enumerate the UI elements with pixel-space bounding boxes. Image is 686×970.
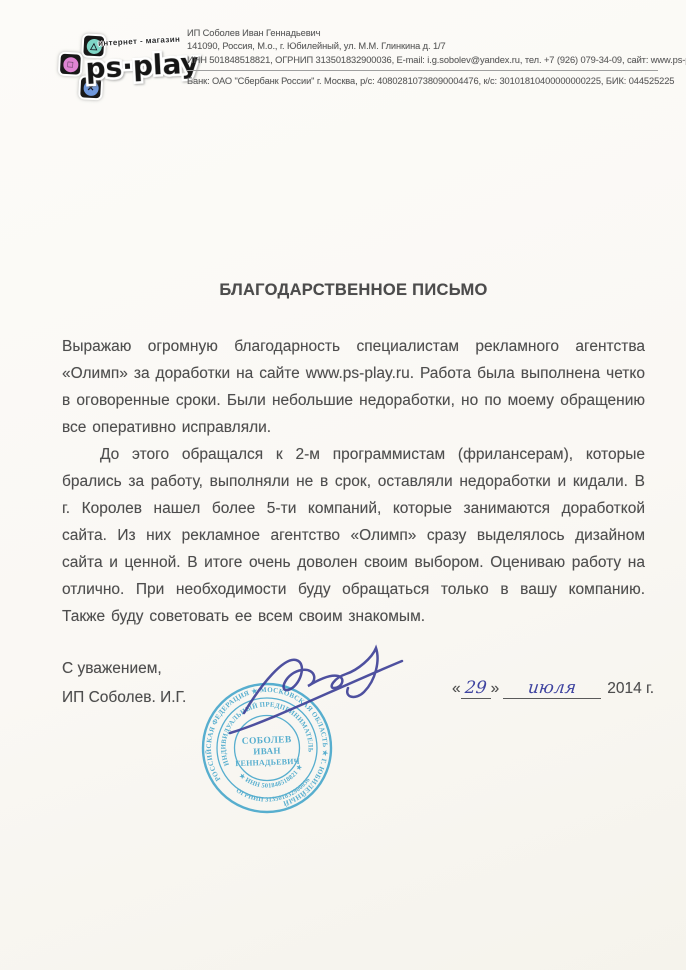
signer-name: ИП Соболев. И.Г. (62, 684, 186, 713)
handwritten-signature (226, 641, 406, 741)
brand-text: ps·play (85, 46, 200, 85)
letter-paragraph-2: До этого обращался к 2-м программистам (… (62, 441, 645, 630)
stamp-name-line3: ГЕННАДЬЕВИЧ (235, 757, 300, 768)
date-month-handwritten: июля (527, 678, 577, 698)
date-block: «29»июля2014 г. (452, 678, 654, 699)
company-name: ИП Соболев Иван Геннадьевич (187, 27, 665, 40)
stamp-name-line2: ИВАН (253, 746, 281, 757)
ps-play-logo: △ □ ✕ ps·play интернет - магазин (58, 28, 208, 108)
date-close-quote: » (491, 680, 500, 698)
square-icon: □ (63, 56, 79, 72)
company-address: 141090, Россия, М.о., г. Юбилейный, ул. … (187, 40, 665, 53)
date-open-quote: « (452, 680, 461, 698)
letter-paragraph-1: Выражаю огромную благодарность специалис… (62, 333, 645, 441)
date-year: 2014 г. (607, 680, 654, 698)
square-button-icon: □ (58, 52, 83, 77)
signature-flourish (230, 661, 402, 733)
date-day-handwritten: 29 (464, 678, 488, 698)
letterhead: ИП Соболев Иван Геннадьевич 141090, Росс… (187, 27, 665, 67)
scanned-letter: △ □ ✕ ps·play интернет - магазин ИП Собо… (0, 0, 686, 970)
letterhead-divider (187, 70, 658, 71)
letter-title: БЛАГОДАРСТВЕННОЕ ПИСЬМО (62, 281, 645, 300)
closing-line: С уважением, (62, 655, 186, 684)
bank-details: Банк: ОАО "Сбербанк России" г. Москва, р… (187, 76, 665, 86)
letter-body: Выражаю огромную благодарность специалис… (62, 333, 645, 630)
company-contacts: ИНН 501848518821, ОГРНИП 313501832900036… (187, 54, 665, 67)
closing-block: С уважением, ИП Соболев. И.Г. (62, 655, 186, 712)
